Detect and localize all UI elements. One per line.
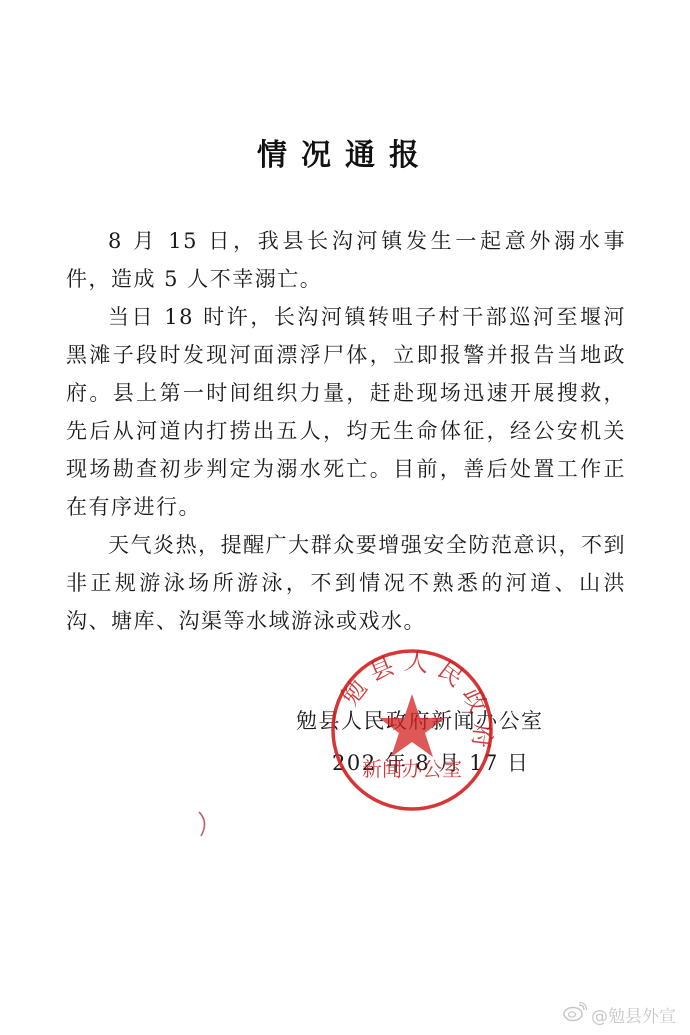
- weibo-icon: [563, 1002, 587, 1027]
- paragraph-1: 8 月 15 日，我县长沟河镇发生一起意外溺水事件，造成 5 人不幸溺亡。: [66, 222, 626, 298]
- watermark-text: @勉县外宣: [591, 1002, 676, 1027]
- seal-icon: 勉县人民政府 新闻办公室: [330, 648, 494, 812]
- svg-text:新闻办公室: 新闻办公室: [362, 757, 462, 781]
- official-seal: 勉县人民政府 新闻办公室: [330, 648, 494, 812]
- page-title: 情况通报: [0, 130, 690, 174]
- document-body: 8 月 15 日，我县长沟河镇发生一起意外溺水事件，造成 5 人不幸溺亡。 当日…: [66, 222, 626, 640]
- paragraph-2: 当日 18 时许，长沟河镇转咀子村干部巡河至堰河黑滩子段时发现河面漂浮尸体，立即…: [66, 298, 626, 526]
- stamp-residue-mark: [195, 810, 215, 840]
- paragraph-3: 天气炎热，提醒广大群众要增强安全防范意识，不到非正规游泳场所游泳，不到情况不熟悉…: [66, 526, 626, 640]
- weibo-watermark: @勉县外宣: [563, 1002, 676, 1027]
